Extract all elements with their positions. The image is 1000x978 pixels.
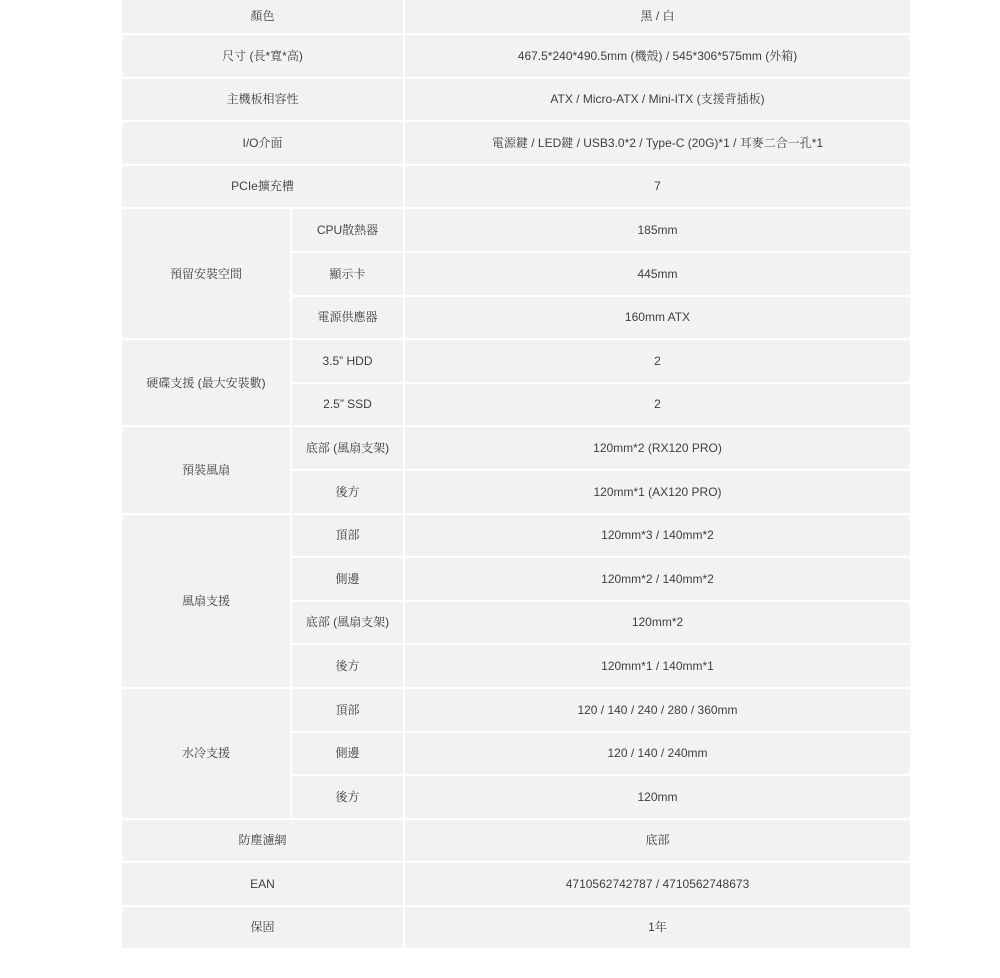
spec-value: 120 / 140 / 240 / 280 / 360mm [405,689,910,731]
spec-row-group: EAN4710562742787 / 4710562748673 [122,863,910,905]
spec-subrow: ATX / Micro-ATX / Mini-ITX (支援背插板) [405,79,910,121]
spec-value: 160mm ATX [405,297,910,339]
spec-value: 2 [405,384,910,426]
spec-sub-label: 底部 (風扇支架) [292,427,403,469]
spec-value: 黑 / 白 [405,0,910,33]
spec-subrow: 後方120mm*1 / 140mm*1 [292,645,910,687]
spec-row-group: 風扇支援頂部120mm*3 / 140mm*2側邊120mm*2 / 140mm… [122,515,910,687]
spec-subrow: 側邊120mm*2 / 140mm*2 [292,558,910,600]
spec-sub-label: 側邊 [292,558,403,600]
spec-sub-label: 後方 [292,645,403,687]
spec-row-group: I/O介面電源鍵 / LED鍵 / USB3.0*2 / Type-C (20G… [122,122,910,164]
spec-value: 120mm*3 / 140mm*2 [405,515,910,557]
spec-label: 保固 [122,907,403,949]
spec-label: 顏色 [122,0,403,33]
spec-row-group: 預裝風扇底部 (風扇支架)120mm*2 (RX120 PRO)後方120mm*… [122,427,910,512]
spec-value: 2 [405,340,910,382]
spec-value: 1年 [405,907,910,949]
spec-subrow: 底部 (風扇支架)120mm*2 [292,602,910,644]
spec-value: 120mm*2 [405,602,910,644]
spec-value: 120mm [405,776,910,818]
spec-subrow: 電源供應器160mm ATX [292,297,910,339]
spec-subrow: 側邊120 / 140 / 240mm [292,733,910,775]
spec-sub-label: 頂部 [292,515,403,557]
spec-subrow: 7 [405,166,910,208]
spec-value: 120mm*2 (RX120 PRO) [405,427,910,469]
spec-sub-label: 側邊 [292,733,403,775]
spec-table: 顏色黑 / 白尺寸 (長*寬*高)467.5*240*490.5mm (機殼) … [122,0,910,948]
spec-subrow: 4710562742787 / 4710562748673 [405,863,910,905]
spec-subrow: 467.5*240*490.5mm (機殼) / 545*306*575mm (… [405,35,910,77]
spec-subrow: 後方120mm*1 (AX120 PRO) [292,471,910,513]
spec-label: PCIe擴充槽 [122,166,403,208]
spec-row-group: 防塵濾網底部 [122,820,910,862]
spec-subrow: 黑 / 白 [405,0,910,33]
spec-label: I/O介面 [122,122,403,164]
spec-subrow: 1年 [405,907,910,949]
spec-sub-label: 3.5” HDD [292,340,403,382]
spec-sub-label: 電源供應器 [292,297,403,339]
spec-value: ATX / Micro-ATX / Mini-ITX (支援背插板) [405,79,910,121]
spec-label: 硬碟支援 (最大安裝數) [122,340,290,425]
spec-sub-label: 後方 [292,471,403,513]
spec-value: 4710562742787 / 4710562748673 [405,863,910,905]
spec-label: 主機板相容性 [122,79,403,121]
spec-label: 尺寸 (長*寬*高) [122,35,403,77]
spec-subrow: 頂部120mm*3 / 140mm*2 [292,515,910,557]
spec-subrow: CPU散熱器185mm [292,209,910,251]
spec-row-group: 水冷支援頂部120 / 140 / 240 / 280 / 360mm側邊120… [122,689,910,818]
spec-value: 185mm [405,209,910,251]
spec-value: 120mm*1 (AX120 PRO) [405,471,910,513]
spec-subrow: 2.5” SSD2 [292,384,910,426]
spec-row-group: 顏色黑 / 白 [122,0,910,33]
spec-row-group: 預留安裝空間CPU散熱器185mm顯示卡445mm電源供應器160mm ATX [122,209,910,338]
spec-subrow: 頂部120 / 140 / 240 / 280 / 360mm [292,689,910,731]
spec-label: 風扇支援 [122,515,290,687]
spec-row-group: 保固1年 [122,907,910,949]
spec-row-group: PCIe擴充槽7 [122,166,910,208]
spec-label: 防塵濾網 [122,820,403,862]
spec-value: 120 / 140 / 240mm [405,733,910,775]
spec-subrow: 顯示卡445mm [292,253,910,295]
spec-label: 水冷支援 [122,689,290,818]
spec-sub-label: 後方 [292,776,403,818]
spec-row-group: 主機板相容性ATX / Micro-ATX / Mini-ITX (支援背插板) [122,79,910,121]
spec-row-group: 尺寸 (長*寬*高)467.5*240*490.5mm (機殼) / 545*3… [122,35,910,77]
spec-value: 底部 [405,820,910,862]
spec-value: 120mm*2 / 140mm*2 [405,558,910,600]
spec-row-group: 硬碟支援 (最大安裝數)3.5” HDD22.5” SSD2 [122,340,910,425]
spec-label: EAN [122,863,403,905]
spec-sub-label: 2.5” SSD [292,384,403,426]
spec-value: 445mm [405,253,910,295]
spec-sub-label: 顯示卡 [292,253,403,295]
spec-sub-label: CPU散熱器 [292,209,403,251]
spec-sub-label: 底部 (風扇支架) [292,602,403,644]
spec-subrow: 電源鍵 / LED鍵 / USB3.0*2 / Type-C (20G)*1 /… [405,122,910,164]
spec-subrow: 底部 [405,820,910,862]
spec-subrow: 底部 (風扇支架)120mm*2 (RX120 PRO) [292,427,910,469]
spec-label: 預裝風扇 [122,427,290,512]
spec-subrow: 3.5” HDD2 [292,340,910,382]
spec-value: 467.5*240*490.5mm (機殼) / 545*306*575mm (… [405,35,910,77]
spec-value: 120mm*1 / 140mm*1 [405,645,910,687]
spec-value: 7 [405,166,910,208]
spec-subrow: 後方120mm [292,776,910,818]
spec-label: 預留安裝空間 [122,209,290,338]
spec-value: 電源鍵 / LED鍵 / USB3.0*2 / Type-C (20G)*1 /… [405,122,910,164]
spec-sub-label: 頂部 [292,689,403,731]
